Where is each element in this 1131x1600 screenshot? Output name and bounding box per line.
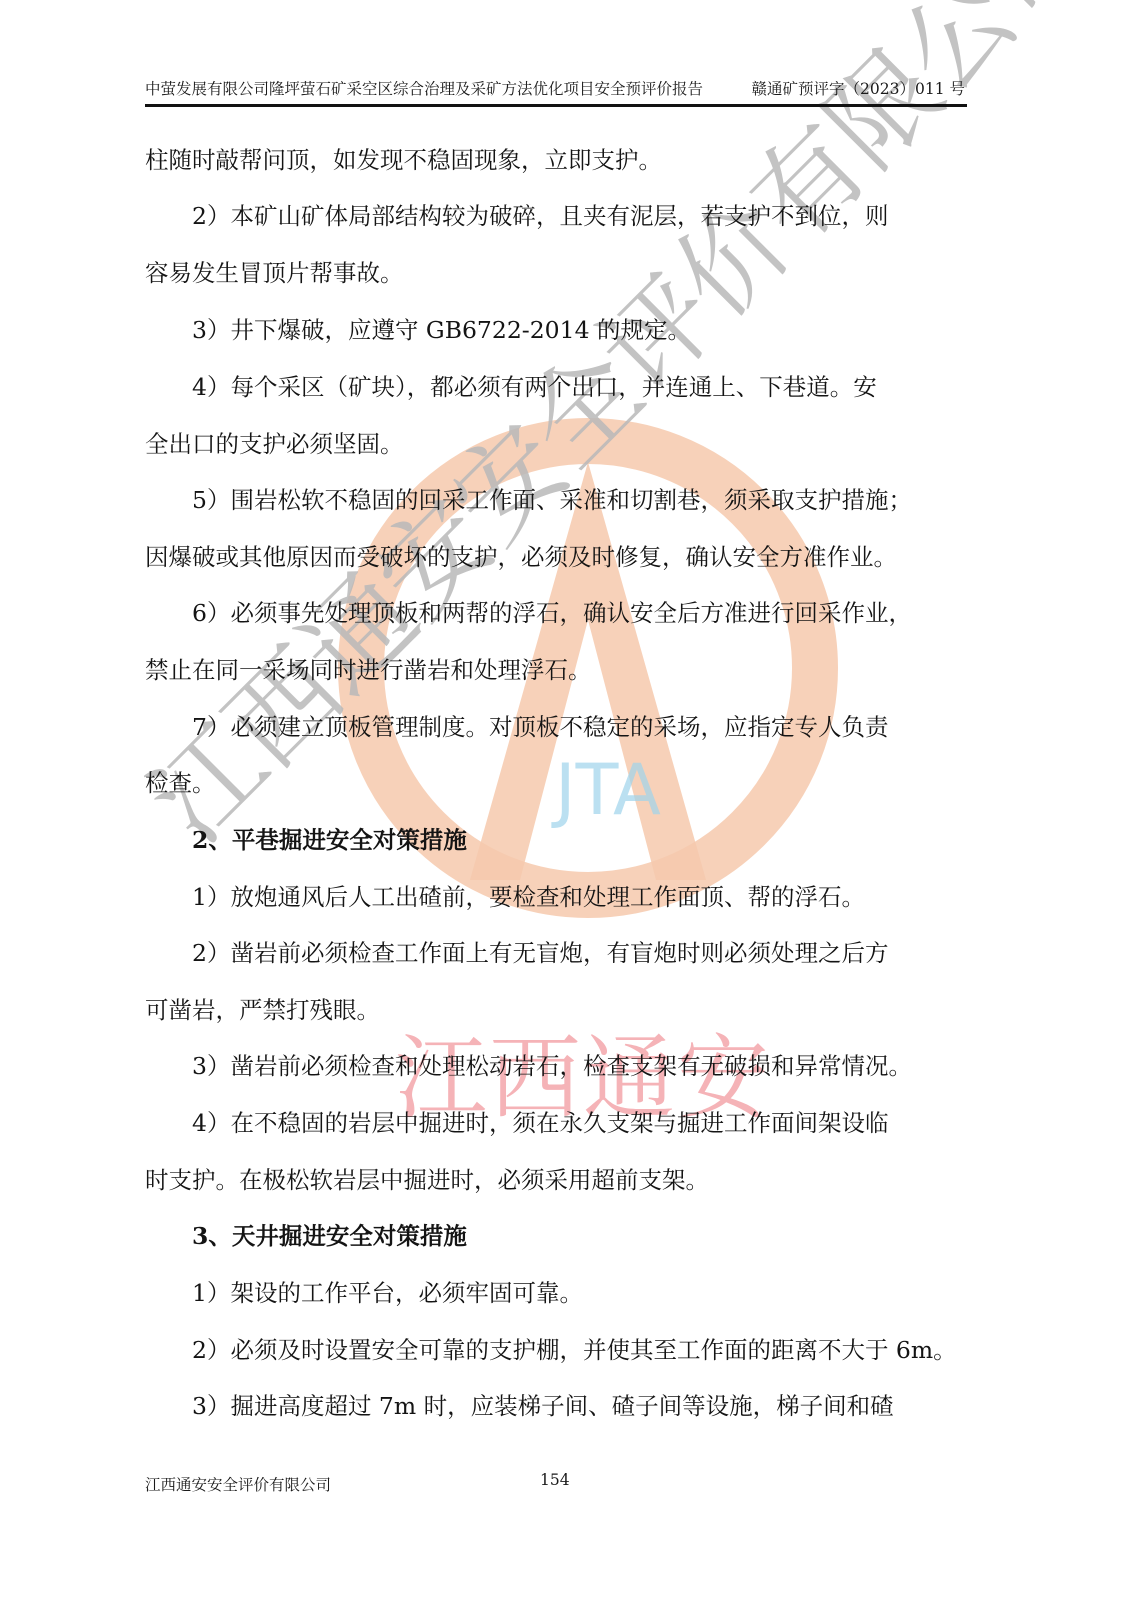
header-divider bbox=[145, 104, 967, 107]
text-line: 4）在不稳固的岩层中掘进时，须在永久支架与掘进工作面间架设临 bbox=[192, 1103, 888, 1143]
page-number: 154 bbox=[540, 1471, 570, 1489]
section-heading: 2、平巷掘进安全对策措施 bbox=[192, 820, 467, 860]
text-line: 柱随时敲帮问顶，如发现不稳固现象，立即支护。 bbox=[145, 140, 662, 180]
text-line: 7）必须建立顶板管理制度。对顶板不稳定的采场，应指定专人负责 bbox=[192, 707, 888, 747]
text-line: 时支护。在极松软岩层中掘进时，必须采用超前支架。 bbox=[145, 1160, 709, 1200]
text-line: 容易发生冒顶片帮事故。 bbox=[145, 253, 404, 293]
text-line: 3）凿岩前必须检查和处理松动岩石，检查支架有无破损和异常情况。 bbox=[192, 1046, 912, 1086]
text-line: 可凿岩，严禁打残眼。 bbox=[145, 990, 380, 1030]
page-header: 中萤发展有限公司隆坪萤石矿采空区综合治理及采矿方法优化项目安全预评价报告 赣通矿… bbox=[145, 76, 965, 102]
text-line: 3）掘进高度超过 7m 时，应装梯子间、碴子间等设施，梯子间和碴 bbox=[192, 1386, 894, 1426]
text-line: 全出口的支护必须坚固。 bbox=[145, 424, 404, 464]
text-line: 3）井下爆破，应遵守 GB6722-2014 的规定。 bbox=[192, 310, 691, 350]
text-line: 2）凿岩前必须检查工作面上有无盲炮，有盲炮时则必须处理之后方 bbox=[192, 933, 888, 973]
text-line: 6）必须事先处理顶板和两帮的浮石，确认安全后方准进行回采作业， bbox=[192, 593, 912, 633]
report-title: 中萤发展有限公司隆坪萤石矿采空区综合治理及采矿方法优化项目安全预评价报告 bbox=[145, 76, 703, 102]
text-line: 1）架设的工作平台，必须牢固可靠。 bbox=[192, 1273, 583, 1313]
text-line: 2）本矿山矿体局部结构较为破碎，且夹有泥层，若支护不到位，则 bbox=[192, 196, 888, 236]
text-line: 检查。 bbox=[145, 763, 216, 803]
section-heading: 3、天井掘进安全对策措施 bbox=[192, 1216, 467, 1256]
text-line: 4）每个采区（矿块），都必须有两个出口，并连通上、下巷道。安 bbox=[192, 367, 877, 407]
text-line: 1）放炮通风后人工出碴前，要检查和处理工作面顶、帮的浮石。 bbox=[192, 877, 865, 917]
text-line: 5）围岩松软不稳固的回采工作面、采准和切割巷，须采取支护措施； bbox=[192, 480, 912, 520]
text-line: 2）必须及时设置安全可靠的支护棚，并使其至工作面的距离不大于 6m。 bbox=[192, 1330, 957, 1370]
text-line: 因爆破或其他原因而受破坏的支护，必须及时修复，确认安全方准作业。 bbox=[145, 537, 897, 577]
watermark-logo-letters: JTA bbox=[555, 760, 645, 820]
text-line: 禁止在同一采场同时进行凿岩和处理浮石。 bbox=[145, 650, 592, 690]
document-number: 赣通矿预评字（2023）011 号 bbox=[752, 76, 965, 102]
footer-company: 江西通安安全评价有限公司 bbox=[145, 1473, 331, 1495]
document-page: JTA 江西通安 江西通安安全评价有限公司 中萤发展有限公司隆坪萤石矿采空区综合… bbox=[0, 0, 1131, 1600]
